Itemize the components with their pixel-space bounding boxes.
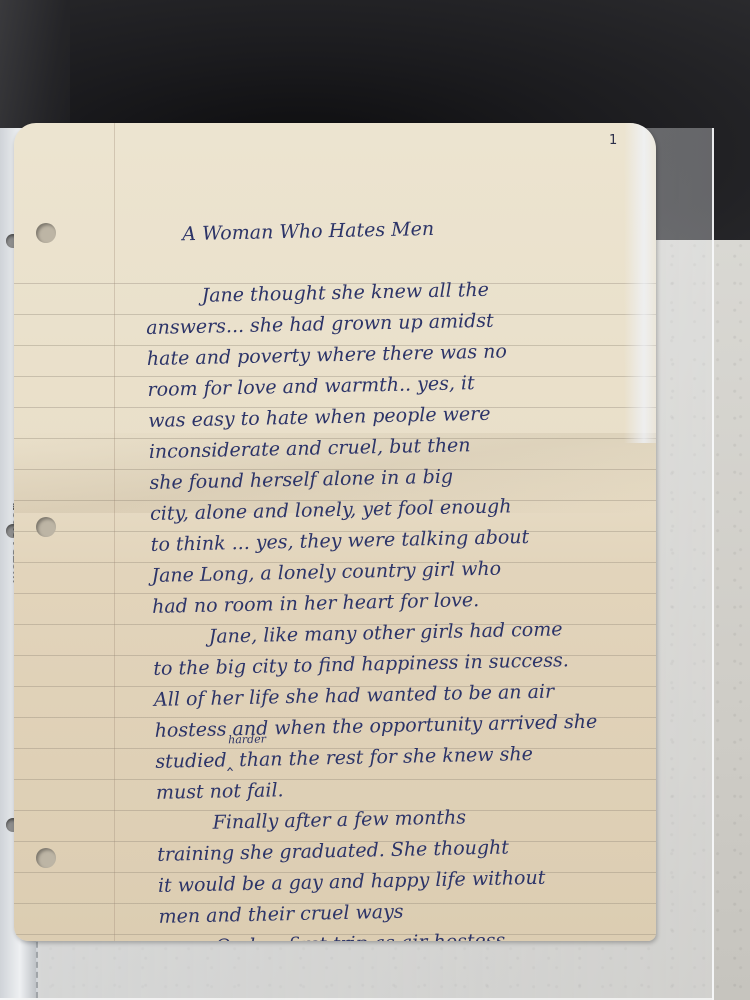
punch-hole: [36, 517, 56, 537]
text-lines: Jane thought she knew all theanswers... …: [145, 271, 656, 941]
page-number: 1: [609, 133, 617, 148]
inserted-word: harder‸: [226, 745, 233, 776]
handwritten-page: 1 A Woman Who Hates Men Jane thought she…: [14, 123, 656, 941]
handwritten-text: A Woman Who Hates Men Jane thought she k…: [144, 209, 656, 941]
document-title: A Woman Who Hates Men: [144, 209, 655, 251]
punch-hole: [36, 223, 56, 243]
margin-line: [114, 123, 115, 941]
punch-hole: [36, 848, 56, 868]
